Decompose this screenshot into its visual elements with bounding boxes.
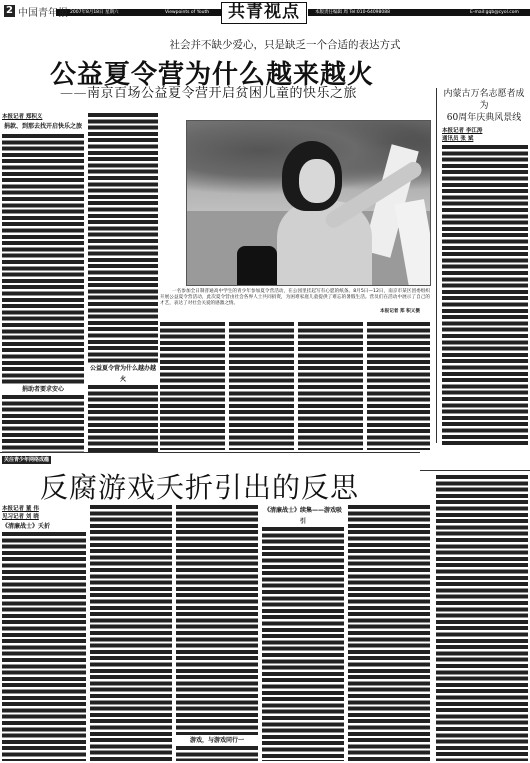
- photo-girl-face: [299, 159, 335, 203]
- article1-byline: 本报记者 郑积义: [2, 113, 84, 121]
- article1-lead-subhead: 捐款、到那去找开启快乐之旅: [2, 121, 84, 132]
- article2-body-text: [2, 532, 86, 761]
- article-kicker: 社会并不缺少爱心，只是缺乏一个合适的表达方式: [0, 37, 530, 52]
- section-divider: [0, 452, 420, 453]
- photo-credit: 本报记者 郑 积义摄: [380, 308, 420, 314]
- article1-column-3: [160, 322, 225, 450]
- sidebar-title-line-1: 内蒙古万名志愿者成为: [440, 88, 528, 112]
- article1-body-text: [88, 113, 158, 363]
- sidebar-title-line-2: 60周年庆典风景线: [440, 112, 528, 124]
- editor-email: E-mail:gqb@cyol.com: [470, 9, 519, 16]
- sidebar-byline-2: 通讯员 张 斌: [442, 135, 528, 143]
- sidebar-byline-1: 本报记者 李江涛: [442, 127, 528, 135]
- article2-body-text: [262, 527, 344, 761]
- masthead: 2 中国青年报 2007年8月18日 星期六 Viewpoints of You…: [0, 0, 530, 26]
- section-title: 共青视点: [221, 2, 307, 24]
- sidebar-divider: [436, 88, 437, 443]
- article2-body-text: [176, 746, 258, 761]
- issue-date: 2007年8月18日 星期六: [70, 9, 118, 16]
- sidebar-column: 本报记者 李江涛 通讯员 张 斌: [442, 127, 528, 447]
- article2-headline: 反腐游戏夭折引出的反思: [40, 466, 359, 506]
- sidebar-title: 内蒙古万名志愿者成为 60周年庆典风景线: [440, 88, 528, 124]
- article2-column-2: [90, 505, 172, 761]
- article1-subhead-3: 捐助者要求安心: [2, 384, 84, 395]
- article-subheadline: ——南京百场公益夏令营开启贫困儿童的快乐之旅: [60, 82, 357, 101]
- section-divider: [420, 470, 530, 471]
- editor-info: 本版责任编辑 周 Tel:010-64098088: [315, 9, 390, 16]
- article1-column-2: 公益夏令营为什么越办越火: [88, 113, 158, 453]
- article2-column-6: [436, 475, 528, 761]
- article1-body-text: [2, 395, 84, 453]
- article1-body-text: [2, 134, 84, 384]
- paper-logo: 中国青年报: [18, 4, 68, 19]
- article2-column-3: 游戏，与游戏同行一: [176, 505, 258, 761]
- article1-column-6: [367, 322, 430, 450]
- article1-body-text: [88, 385, 158, 453]
- article2-column-5: [348, 505, 430, 761]
- page-number: 2: [4, 5, 15, 17]
- article1-column-4: [229, 322, 294, 450]
- article2-subhead-b: 《清廉战士》续集——游戏吸引: [262, 505, 344, 527]
- article2-byline-2: 见习记者 刘 晓: [2, 513, 86, 521]
- section-english: Viewpoints of Youth: [165, 9, 209, 16]
- photo-backpack: [237, 246, 277, 286]
- article-photo: [186, 120, 431, 286]
- photo-caption: 一名参加全日制普通高中学生的青少年参加夏令营活动，在公园里挂起写有心愿的纸条。8…: [160, 289, 430, 307]
- article2-body-text: [176, 505, 258, 735]
- article1-subhead-2: 公益夏令营为什么越办越火: [88, 363, 158, 385]
- sidebar-body-text: [442, 145, 528, 445]
- article2-byline-1: 本报记者 董 伟: [2, 505, 86, 513]
- article1-column-5: [298, 322, 363, 450]
- article2-section-tag: 关注青少年网络成瘾: [2, 456, 51, 464]
- article2-subhead-c: 游戏，与游戏同行一: [176, 735, 258, 746]
- article2-subhead-a: 《清廉战士》夭折: [2, 521, 86, 532]
- article2-column-1: 本报记者 董 伟 见习记者 刘 晓 《清廉战士》夭折: [2, 505, 86, 761]
- article2-column-4: 《清廉战士》续集——游戏吸引: [262, 505, 344, 761]
- article1-column-1: 本报记者 郑积义 捐款、到那去找开启快乐之旅 捐助者要求安心: [2, 113, 84, 453]
